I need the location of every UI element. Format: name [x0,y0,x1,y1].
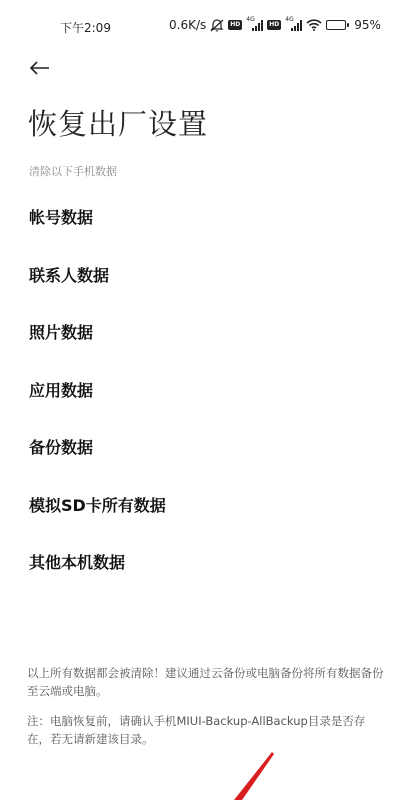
back-button[interactable] [27,55,53,81]
backup-note-text: 注：电脑恢复前，请确认手机MIUI-Backup-AllBackup目录是否存在… [27,712,387,748]
hd-icon: HD [228,18,242,32]
list-item-photos-data: 照片数据 [0,303,406,361]
list-item-contacts-data: 联系人数据 [0,246,406,304]
footer-note: 以上所有数据都会被清除！建议通过云备份或电脑备份将所有数据备份至云端或电脑。 注… [27,664,387,748]
network-speed: 0.6K/s [169,18,206,32]
hd-icon: HD [267,18,281,32]
wifi-icon [306,18,322,32]
list-item-account-data: 帐号数据 [0,188,406,246]
list-item-app-data: 应用数据 [0,361,406,419]
arrow-left-icon [30,61,50,75]
list-item-other-local-data: 其他本机数据 [0,533,406,591]
status-time: 下午2:09 [60,19,111,36]
mute-alarm-icon [210,18,224,32]
status-bar: 下午2:09 0.6K/s HD 4G HD 4G 95% [0,0,406,50]
4g-signal-icon: 4G [285,19,302,31]
list-item-backup-data: 备份数据 [0,418,406,476]
status-icons: 0.6K/s HD 4G HD 4G 95% [169,18,381,32]
battery-icon [326,18,346,32]
list-item-sd-card-data: 模拟SD卡所有数据 [0,476,406,534]
battery-percent: 95% [354,18,381,32]
section-label: 清除以下手机数据 [29,163,117,179]
warning-text: 以上所有数据都会被清除！建议通过云备份或电脑备份将所有数据备份至云端或电脑。 [27,664,387,700]
page-title: 恢复出厂设置 [28,102,208,143]
4g-signal-icon: 4G [246,19,263,31]
data-list: 帐号数据 联系人数据 照片数据 应用数据 备份数据 模拟SD卡所有数据 其他本机… [0,188,406,591]
annotation-arrow-icon [230,752,280,800]
factory-reset-screen: 下午2:09 0.6K/s HD 4G HD 4G 95% [0,0,406,800]
